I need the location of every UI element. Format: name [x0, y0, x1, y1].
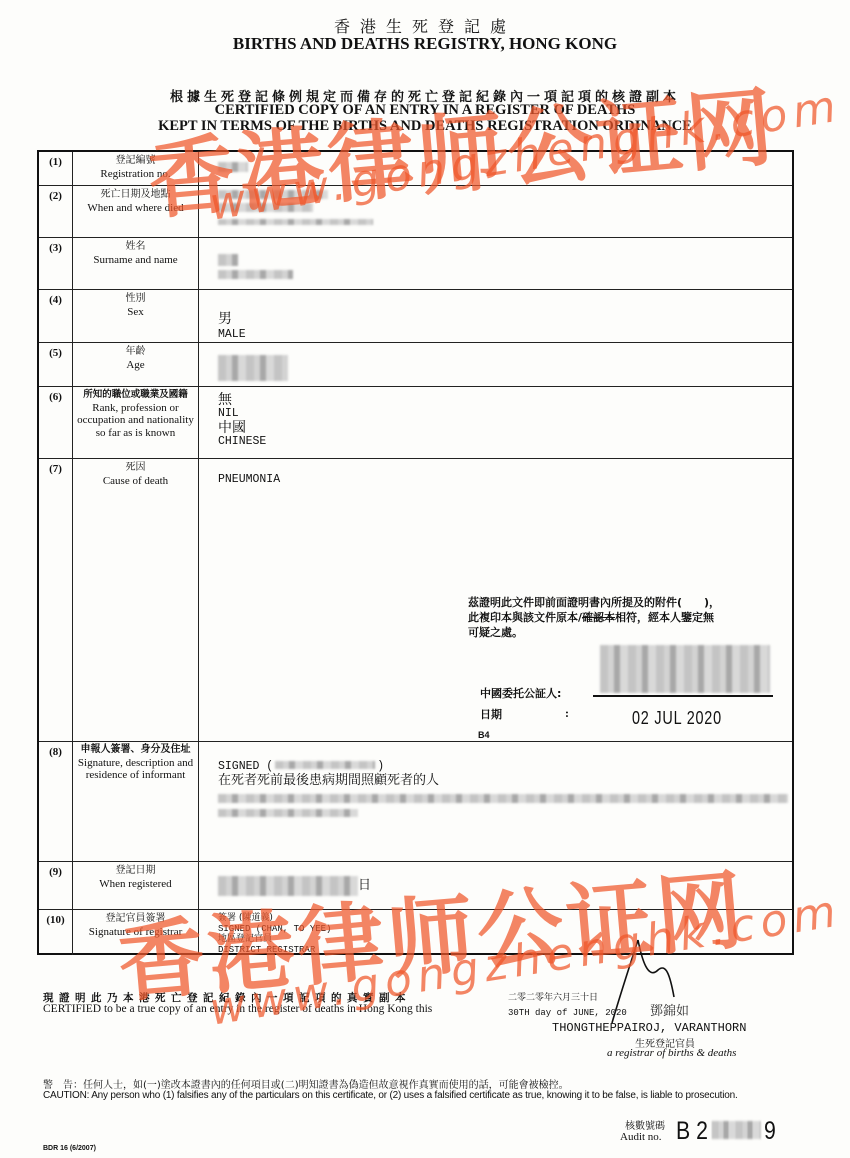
entry-row-sex: (4) 性別Sex 男 MALE — [39, 290, 792, 343]
redacted-value — [218, 876, 358, 896]
entry-label: 登記日期When registered — [73, 862, 199, 909]
entry-label: 登記編號Registration no. — [73, 152, 199, 185]
entry-number: (2) — [39, 186, 73, 237]
informant-signed: SIGNED () — [218, 760, 792, 774]
entry-number: (9) — [39, 862, 73, 909]
entry-number: (7) — [39, 459, 73, 741]
caution-text-zh: 警 告：任何人士，如(一)塗改本證書內的任何項目或(二)明知證書為偽造但故意視作… — [43, 1076, 569, 1091]
redacted-value — [218, 355, 288, 381]
redacted-notary-signature — [600, 645, 770, 693]
entry-label: 年齡Age — [73, 343, 199, 386]
certification-text-en: CERTIFIED to be a true copy of an entry … — [43, 1003, 432, 1015]
nationality-value-zh: 中國 — [218, 421, 792, 435]
sex-value-en: MALE — [218, 328, 792, 341]
entry-value: 日 — [199, 862, 792, 909]
nationality-value-en: CHINESE — [218, 435, 792, 449]
entry-value — [199, 152, 792, 185]
signature-line — [593, 695, 773, 697]
form-code: BDR 16 (6/2007) — [43, 1145, 96, 1152]
entry-label: 死亡日期及地點When and where died — [73, 186, 199, 237]
redacted-address — [218, 794, 788, 803]
notary-date-label: 日期 — [480, 706, 502, 722]
entry-number: (5) — [39, 343, 73, 386]
entry-row-when-where-died: (2) 死亡日期及地點When and where died — [39, 186, 792, 238]
entry-row-when-registered: (9) 登記日期When registered 日 — [39, 862, 792, 910]
entry-row-informant: (8) 申報人簽署、身分及住址Signature, description an… — [39, 742, 792, 862]
death-entry-table: (1) 登記編號Registration no. (2) 死亡日期及地點When… — [37, 150, 794, 955]
entry-row-name: (3) 姓名Surname and name — [39, 238, 792, 290]
entry-value: 無 NIL 中國 CHINESE — [199, 387, 792, 458]
audit-label-zh: 核數號碼 — [625, 1117, 665, 1132]
entry-label: 申報人簽署、身分及住址Signature, description and re… — [73, 742, 199, 861]
entry-number: (1) — [39, 152, 73, 185]
notary-signer-label: 中國委托公証人: — [480, 685, 561, 701]
caution-text-en: CAUTION: Any person who (1) falsifies an… — [43, 1090, 738, 1101]
entry-value — [199, 186, 792, 237]
entry-row-occupation-nationality: (6) 所知的職位或職業及國籍Rank, profession or occup… — [39, 387, 792, 459]
entry-value — [199, 343, 792, 386]
entry-label: 姓名Surname and name — [73, 238, 199, 289]
entry-row-registrar-signature: (10) 登記官員簽署Signature of registrar 簽署 (陳道… — [39, 910, 792, 955]
certification-date-zh: 二零二零年六月三十日 — [508, 990, 598, 1003]
entry-label: 所知的職位或職業及國籍Rank, profession or occupatio… — [73, 387, 199, 458]
notary-date: 02 JUL 2020 — [632, 708, 722, 729]
certificate-subtitle-en-1: CERTIFIED COPY OF AN ENTRY IN A REGISTER… — [0, 102, 850, 119]
entry-value: 男 MALE — [199, 290, 792, 342]
informant-description: 在死者死前最後患病期間照顧死者的人 — [218, 774, 792, 788]
entry-label: 性別Sex — [73, 290, 199, 342]
entry-value: SIGNED () 在死者死前最後患病期間照顧死者的人 — [199, 742, 792, 861]
entry-label: 死因Cause of death — [73, 459, 199, 741]
certificate-subtitle-en-2: KEPT IN TERMS OF THE BIRTHS AND DEATHS R… — [0, 118, 850, 135]
occupation-value-zh: 無 — [218, 393, 792, 407]
audit-number: B 29 — [676, 1117, 776, 1146]
sex-value-zh: 男 — [218, 308, 792, 328]
redacted-value — [218, 190, 328, 199]
notary-certification-stamp: 茲證明此文件即前面證明書內所提及的附件( )， 此複印本與該文件原本/確認本相符… — [468, 595, 788, 640]
redacted-value — [218, 254, 238, 266]
entry-label: 登記官員簽署Signature of registrar — [73, 910, 199, 955]
notary-stamp-code: B4 — [478, 730, 490, 740]
entry-number: (8) — [39, 742, 73, 861]
entry-value: 簽署 (陳道義) SIGNED (CHAN, TO YEE) 地區登記官員 DI… — [199, 910, 792, 955]
registrar-title-en: a registrar of births & deaths — [607, 1047, 736, 1059]
redacted-value — [218, 162, 248, 172]
entry-number: (3) — [39, 238, 73, 289]
entry-number: (4) — [39, 290, 73, 342]
audit-label-en: Audit no. — [620, 1131, 662, 1143]
registrar-name: THONGTHEPPAIROJ, VARANTHORN — [552, 1021, 746, 1035]
entry-row-registration-no: (1) 登記編號Registration no. — [39, 152, 792, 186]
entry-row-age: (5) 年齡Age — [39, 343, 792, 387]
cause-of-death-value: PNEUMONIA — [218, 473, 792, 486]
entry-number: (10) — [39, 910, 73, 955]
entry-value — [199, 238, 792, 289]
entry-number: (6) — [39, 387, 73, 458]
registry-title-en: BIRTHS AND DEATHS REGISTRY, HONG KONG — [0, 34, 850, 54]
certification-date-en: 30TH day of JUNE, 2020 — [508, 1008, 627, 1018]
occupation-value-en: NIL — [218, 407, 792, 421]
registrar-chop: 鄧錦如 — [650, 1000, 689, 1019]
